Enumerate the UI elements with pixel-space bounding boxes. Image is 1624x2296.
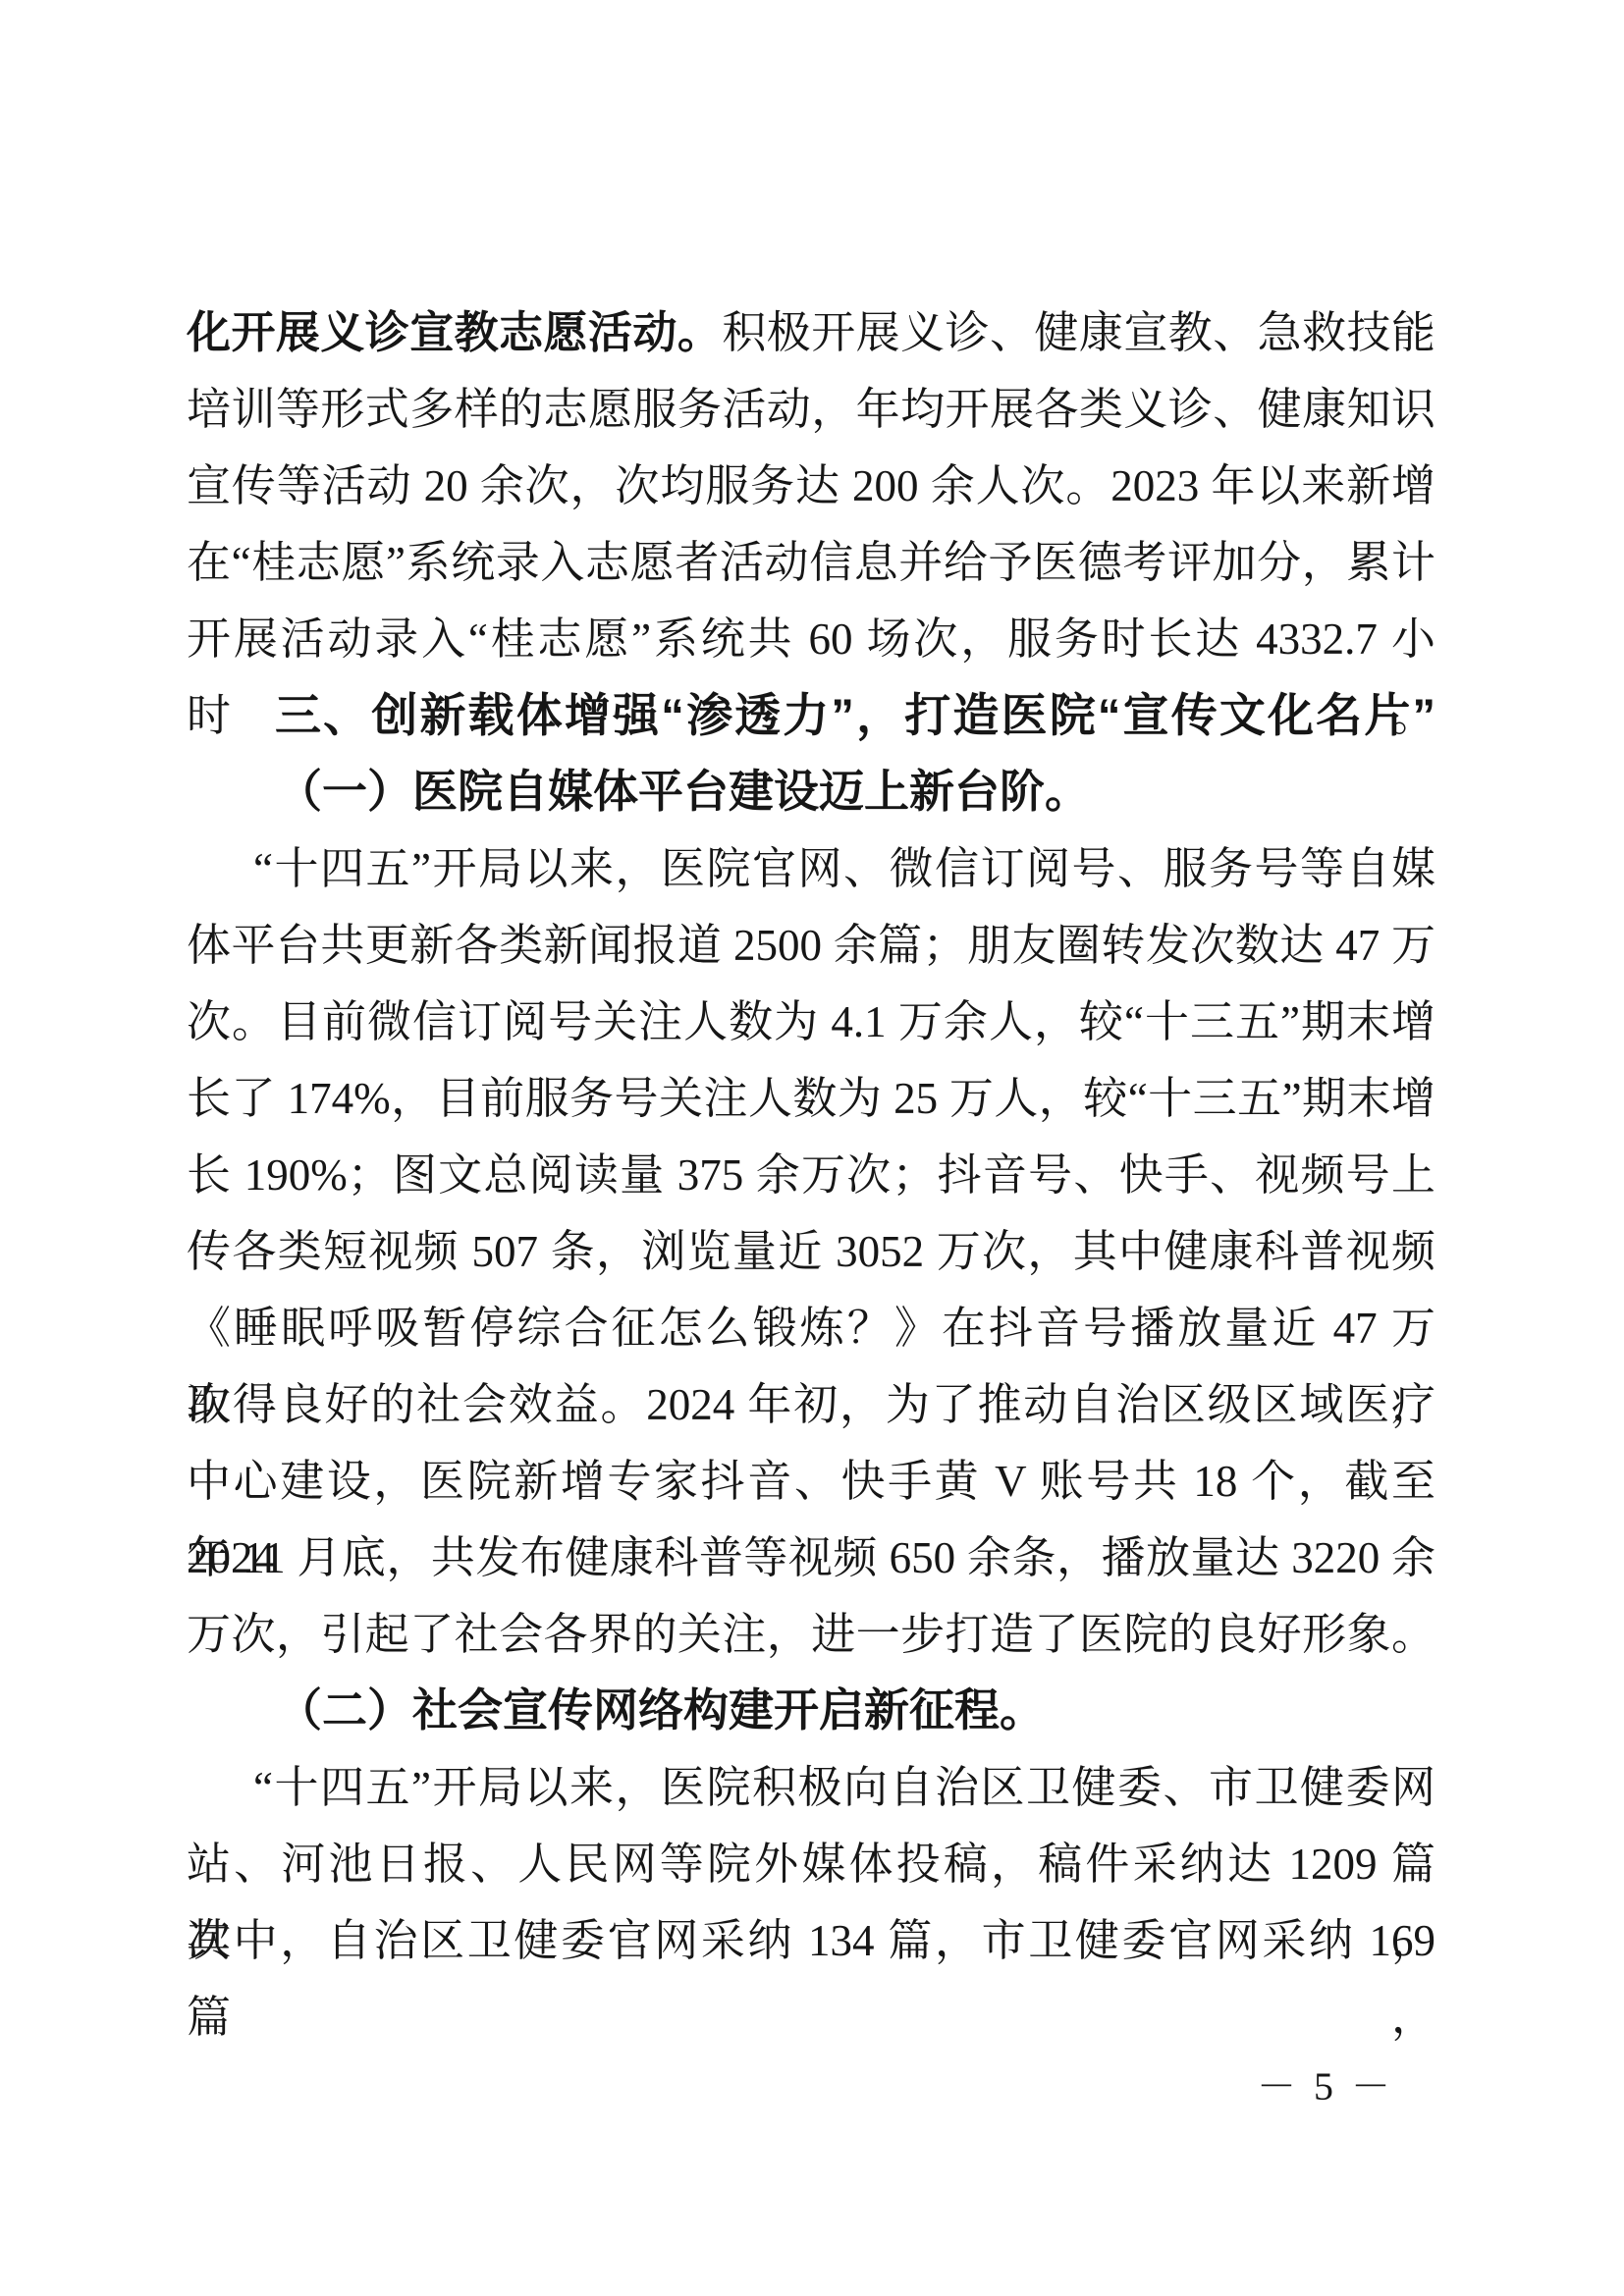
page-number: － 5 －: [1257, 2063, 1394, 2110]
bold-lead-text: 化开展义诊宣教志愿活动。: [187, 307, 722, 357]
text-line: 在“桂志愿”系统录入志愿者活动信息并给予医德考评加分，累计: [187, 524, 1435, 601]
text-line: 站、河池日报、人民网等院外媒体投稿，稿件采纳达 1209 篇次，: [187, 1826, 1435, 1902]
text-line: 化开展义诊宣教志愿活动。积极开展义诊、健康宣教、急救技能: [187, 294, 1435, 371]
section-heading-3: 三、创新载体增强“渗透力”，打造医院“宣传文化名片”: [187, 677, 1435, 754]
text-line: 宣传等活动 20 余次，次均服务达 200 余人次。2023 年以来新增: [187, 448, 1435, 524]
text-line: 长了 174%，目前服务号关注人数为 25 万人，较“十三五”期末增: [187, 1060, 1435, 1137]
text-line: 次。目前微信订阅号关注人数为 4.1 万余人，较“十三五”期末增: [187, 984, 1435, 1060]
text-line: 开展活动录入“桂志愿”系统共 60 场次，服务时长达 4332.7 小时。: [187, 601, 1435, 677]
line-text: 积极开展义诊、健康宣教、急救技能: [722, 308, 1435, 357]
paragraph-first-line: “十四五”开局以来，医院积极向自治区卫健委、市卫健委网: [187, 1749, 1435, 1826]
text-line: 长 190%；图文总阅读量 375 余万次；抖音号、快手、视频号上: [187, 1137, 1435, 1213]
document-body: 化开展义诊宣教志愿活动。积极开展义诊、健康宣教、急救技能 培训等形式多样的志愿服…: [187, 294, 1435, 1979]
text-line: 体平台共更新各类新闻报道 2500 余篇；朋友圈转发次数达 47 万: [187, 907, 1435, 984]
text-line: 取得良好的社会效益。2024 年初，为了推动自治区级区域医疗: [187, 1366, 1435, 1443]
subsection-heading-1: （一）医院自媒体平台建设迈上新台阶。: [187, 754, 1435, 830]
document-page: 化开展义诊宣教志愿活动。积极开展义诊、健康宣教、急救技能 培训等形式多样的志愿服…: [0, 0, 1624, 2296]
text-line: 培训等形式多样的志愿服务活动，年均开展各类义诊、健康知识: [187, 371, 1435, 448]
text-line: 年 11 月底，共发布健康科普等视频 650 余条，播放量达 3220 余: [187, 1520, 1435, 1596]
text-line: 《睡眠呼吸暂停综合征怎么锻炼？》在抖音号播放量近 47 万次，: [187, 1290, 1435, 1366]
text-line: 传各类短视频 507 条，浏览量近 3052 万次，其中健康科普视频: [187, 1213, 1435, 1290]
text-line: 其中，自治区卫健委官网采纳 134 篇，市卫健委官网采纳 169 篇，: [187, 1902, 1435, 1979]
text-line: 万次，引起了社会各界的关注，进一步打造了医院的良好形象。: [187, 1596, 1435, 1673]
paragraph-first-line: “十四五”开局以来，医院官网、微信订阅号、服务号等自媒: [187, 830, 1435, 907]
subsection-heading-2: （二）社会宣传网络构建开启新征程。: [187, 1673, 1435, 1749]
text-line: 中心建设，医院新增专家抖音、快手黄 V 账号共 18 个，截至 2024: [187, 1443, 1435, 1520]
